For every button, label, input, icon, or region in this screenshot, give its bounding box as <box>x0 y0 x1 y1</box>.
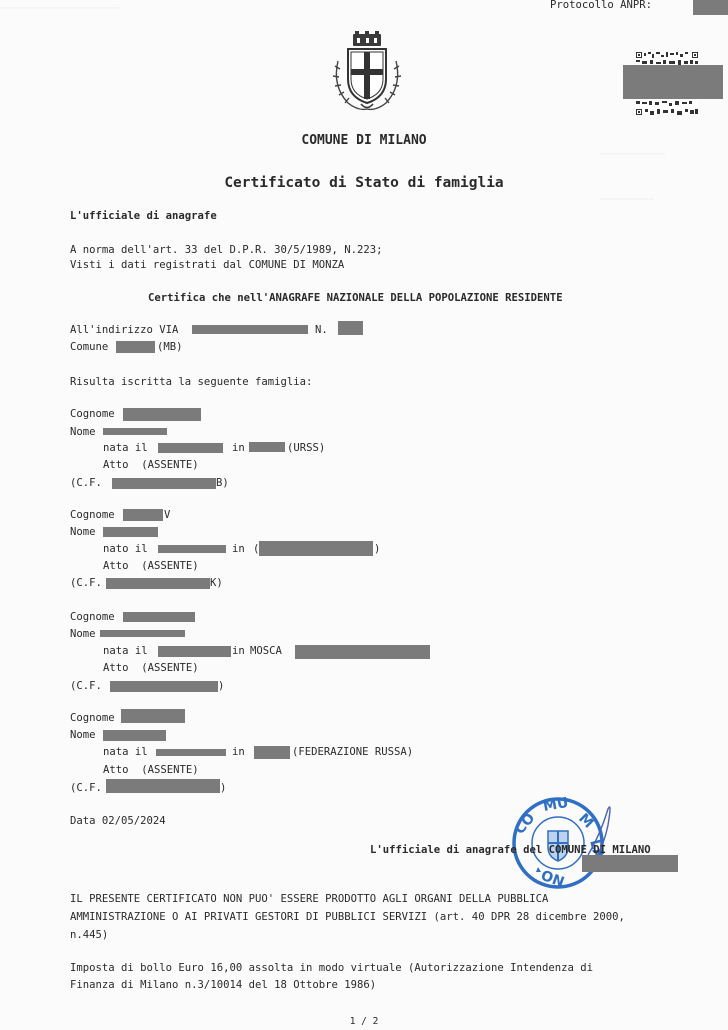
redacted-fiscal-code <box>106 578 210 589</box>
address-number-label: N. <box>315 324 328 337</box>
in-label: in <box>232 543 245 556</box>
surname-suffix: V <box>164 509 170 522</box>
qr-code-top-icon <box>636 51 698 65</box>
birth-place: MOSCA <box>250 645 282 658</box>
redacted-identifier <box>623 65 723 99</box>
redacted-fiscal-code <box>106 779 220 793</box>
redacted-officer-name <box>582 855 678 872</box>
redacted-birth-city <box>259 541 373 556</box>
redacted-surname <box>121 709 185 723</box>
redacted-surname <box>123 408 201 421</box>
officer-heading: L'ufficiale di anagrafe <box>70 210 217 223</box>
redacted-fiscal-code <box>112 478 216 489</box>
act-status: Atto (ASSENTE) <box>103 459 199 472</box>
svg-text:MU: MU <box>542 795 570 815</box>
province: (MB) <box>157 341 183 354</box>
usage-notice-line: AMMINISTRAZIONE O AI PRIVATI GESTORI DI … <box>70 911 625 924</box>
redacted-birth-country <box>295 645 430 659</box>
comune-label: Comune <box>70 341 108 354</box>
fiscal-code-suffix: ) <box>218 680 224 693</box>
surname-label: Cognome <box>70 408 115 421</box>
redacted-house-number <box>338 321 363 335</box>
redacted-protocol-number <box>693 0 728 15</box>
act-status: Atto (ASSENTE) <box>103 764 199 777</box>
fiscal-code-suffix: K) <box>210 577 223 590</box>
fiscal-code-label: (C.F. <box>70 477 102 490</box>
name-label: Nome <box>70 628 96 641</box>
redacted-birth-city <box>249 442 285 452</box>
birth-label: nata il <box>103 645 148 658</box>
in-label: in <box>232 645 245 658</box>
address-street-label: All'indirizzo VIA <box>70 324 178 337</box>
redacted-fiscal-code <box>110 681 218 692</box>
redacted-name <box>100 630 185 637</box>
stamp-duty-line: Finanza di Milano n.3/10014 del 18 Ottob… <box>70 979 376 992</box>
redacted-name <box>103 428 167 435</box>
redacted-birth-date <box>158 646 231 657</box>
redacted-birth-city <box>254 746 290 759</box>
redacted-name <box>103 730 166 741</box>
birth-label: nata il <box>103 746 148 759</box>
protocol-label: Protocollo ANPR: <box>550 0 652 12</box>
document-title: Certificato di Stato di famiglia <box>0 174 728 192</box>
birth-place: (URSS) <box>287 442 325 455</box>
issuer-name: COMUNE DI MILANO <box>0 134 728 147</box>
act-status: Atto (ASSENTE) <box>103 560 199 573</box>
birth-place-suffix: ) <box>374 543 380 556</box>
certifies-heading: Certifica che nell'ANAGRAFE NAZIONALE DE… <box>148 292 563 305</box>
family-intro: Risulta iscritta la seguente famiglia: <box>70 376 312 389</box>
bleed-through-text: ────────── <box>600 195 654 205</box>
qr-code-bottom-icon <box>636 100 698 114</box>
redacted-birth-date <box>158 443 223 453</box>
page-number: 1 / 2 <box>0 1015 728 1028</box>
name-label: Nome <box>70 526 96 539</box>
fiscal-code-label: (C.F. <box>70 782 102 795</box>
redacted-street <box>192 325 308 334</box>
surname-label: Cognome <box>70 712 115 725</box>
coat-of-arms-icon <box>326 31 408 113</box>
stamp-duty-line: Imposta di bollo Euro 16,00 assolta in m… <box>70 962 593 975</box>
fiscal-code-label: (C.F. <box>70 680 102 693</box>
data-source: Visti i dati registrati dal COMUNE DI MO… <box>70 259 344 272</box>
redacted-name <box>103 527 158 537</box>
fiscal-code-suffix: B) <box>216 477 229 490</box>
usage-notice-line: n.445) <box>70 929 108 942</box>
bleed-through-text: ──────────── <box>600 150 665 160</box>
redacted-surname <box>123 612 195 622</box>
bleed-through-text: ────────────────────── <box>0 4 119 14</box>
surname-label: Cognome <box>70 509 115 522</box>
redacted-birth-date <box>156 749 226 756</box>
svg-text:M: M <box>575 811 596 832</box>
fiscal-code-suffix: ) <box>220 782 226 795</box>
in-label: in <box>232 746 245 759</box>
birth-label: nata il <box>103 442 148 455</box>
issue-date: Data 02/05/2024 <box>70 815 166 828</box>
name-label: Nome <box>70 729 96 742</box>
fiscal-code-label: (C.F. <box>70 577 102 590</box>
name-label: Nome <box>70 426 96 439</box>
in-label: in <box>232 442 245 455</box>
birth-place: (FEDERAZIONE RUSSA) <box>292 746 413 759</box>
birth-label: nato il <box>103 543 148 556</box>
redacted-birth-date <box>158 545 226 553</box>
act-status: Atto (ASSENTE) <box>103 662 199 675</box>
legal-basis: A norma dell'art. 33 del D.P.R. 30/5/198… <box>70 244 383 257</box>
redacted-comune <box>116 341 155 353</box>
redacted-surname <box>123 509 163 521</box>
surname-label: Cognome <box>70 611 115 624</box>
usage-notice-line: IL PRESENTE CERTIFICATO NON PUO' ESSERE … <box>70 893 548 906</box>
